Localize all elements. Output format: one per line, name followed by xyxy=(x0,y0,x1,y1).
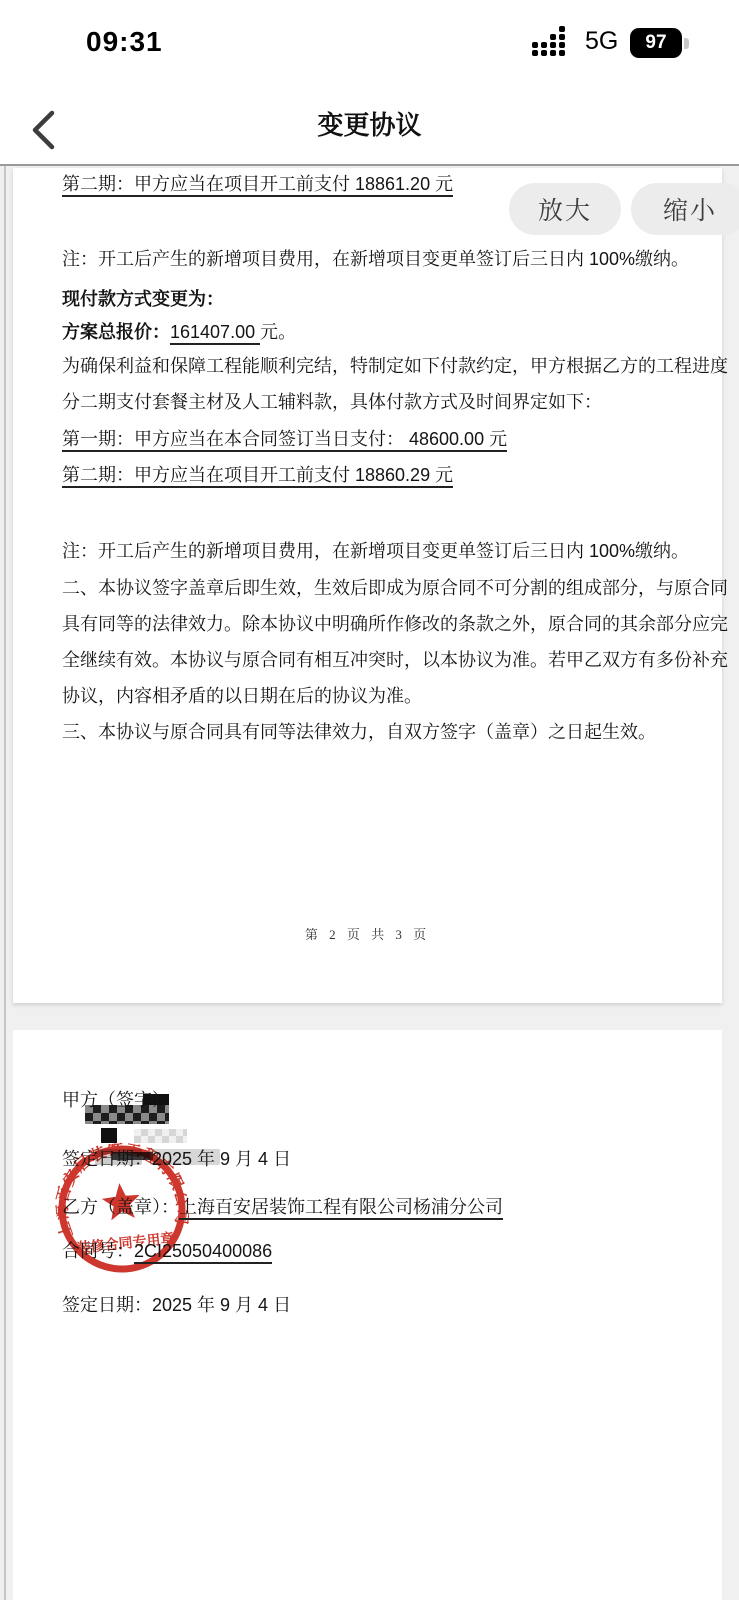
battery-percent: 97 xyxy=(645,32,666,54)
document-text-line: 注：开工后产生的新增项目费用，在新增项目变更单签订后三日内 100%缴纳。 xyxy=(62,247,702,271)
text-segment: 二、本协议签字盖章后即生效，生效后即成为原合同不可分割的组成部分，与原合同 xyxy=(62,578,728,598)
document-text-line: 合同号：2CI25050400086 xyxy=(62,1239,702,1263)
text-segment: 注：开工后产生的新增项目费用，在新增项目变更单签订后三日内 100%缴纳。 xyxy=(62,541,689,561)
document-text-line: 为确保利益和保障工程能顺利完结，特制定如下付款约定，甲方根据乙方的工程进度 xyxy=(62,354,702,378)
text-segment: 元。 xyxy=(260,322,296,342)
document-text-line: 第二期：甲方应当在项目开工前支付 18860.29 元 xyxy=(62,463,702,487)
document-page-3: 上海百安居装饰工程有限公司 装修合同专用章 甲方（签字）：签定日期：2025 年… xyxy=(13,1030,722,1600)
status-bar: 09:31 5G 97 xyxy=(0,0,739,95)
text-segment: 协议，内容相矛盾的以日期在后的协议为准。 xyxy=(62,686,422,706)
zoom-in-button[interactable]: 放大 xyxy=(509,183,621,235)
text-segment: 方案总报价： xyxy=(62,322,170,342)
document-text-line: 分二期支付套餐主材及人工辅料款，具体付款方式及时间界定如下： xyxy=(62,390,702,414)
page-title: 变更协议 xyxy=(0,105,739,142)
document-page-2: 第 2 页 共 3 页 第二期：甲方应当在项目开工前支付 18861.20 元注… xyxy=(13,168,722,1003)
text-segment: 签定日期：2025 年 9 月 4 日 xyxy=(62,1149,291,1169)
text-segment: 具有同等的法律效力。除本协议中明确所作修改的条款之外，原合同的其余部分应完 xyxy=(62,614,728,634)
text-segment: 乙方（盖章）： xyxy=(62,1197,179,1217)
document-text-line: 三、本协议与原合同具有同等法律效力，自双方签字（盖章）之日起生效。 xyxy=(62,720,702,744)
redaction-block-small xyxy=(101,1128,117,1143)
document-text-line: 方案总报价：161407.00 元。 xyxy=(62,320,702,344)
document-text-line: 现付款方式变更为： xyxy=(62,287,702,311)
text-segment: 合同号： xyxy=(62,1241,134,1261)
text-segment: 注：开工后产生的新增项目费用，在新增项目变更单签订后三日内 100%缴纳。 xyxy=(62,249,689,269)
document-text-line: 签定日期：2025 年 9 月 4 日 xyxy=(62,1293,702,1317)
document-text-line: 协议，内容相矛盾的以日期在后的协议为准。 xyxy=(62,684,702,708)
document-text-line: 乙方（盖章）：上海百安居装饰工程有限公司杨浦分公司 xyxy=(62,1195,702,1219)
signal-strength-icon xyxy=(532,31,576,56)
document-text-line: 二、本协议签字盖章后即生效，生效后即成为原合同不可分割的组成部分，与原合同 xyxy=(62,576,702,600)
viewer-left-edge xyxy=(4,166,6,1600)
text-segment: 全继续有效。本协议与原合同有相互冲突时，以本协议为准。若甲乙双方有多份补充 xyxy=(62,650,728,670)
text-segment: 2CI25050400086 xyxy=(134,1241,272,1264)
phone-screen: 09:31 5G 97 变更协议 第 2 页 共 3 页 第二期：甲方应当在项目… xyxy=(0,0,739,1600)
text-segment: 161407.00 xyxy=(170,322,260,345)
text-segment: 上海百安居装饰工程有限公司杨浦分公司 xyxy=(179,1197,503,1220)
document-text-line: 具有同等的法律效力。除本协议中明确所作修改的条款之外，原合同的其余部分应完 xyxy=(62,612,702,636)
text-segment: 甲方（签字）： xyxy=(62,1090,179,1110)
text-segment: 第一期：甲方应当在本合同签订当日支付： 48600.00 元 xyxy=(62,429,507,452)
battery-nub xyxy=(684,38,689,49)
document-text-line: 签定日期：2025 年 9 月 4 日 xyxy=(62,1147,702,1171)
redaction-block-light xyxy=(134,1129,187,1143)
zoom-out-button[interactable]: 缩小 xyxy=(631,183,739,235)
text-segment: 现付款方式变更为： xyxy=(62,289,224,309)
document-viewer[interactable]: 第 2 页 共 3 页 第二期：甲方应当在项目开工前支付 18861.20 元注… xyxy=(0,164,739,1600)
text-segment: 为确保利益和保障工程能顺利完结，特制定如下付款约定，甲方根据乙方的工程进度 xyxy=(62,356,728,376)
battery-icon: 97 xyxy=(630,28,682,58)
document-text-line: 第一期：甲方应当在本合同签订当日支付： 48600.00 元 xyxy=(62,427,702,451)
text-segment: 三、本协议与原合同具有同等法律效力，自双方签字（盖章）之日起生效。 xyxy=(62,722,656,742)
clock-time: 09:31 xyxy=(86,26,163,58)
text-segment: 签定日期：2025 年 9 月 4 日 xyxy=(62,1295,291,1315)
text-segment: 第二期：甲方应当在项目开工前支付 18860.29 元 xyxy=(62,465,453,488)
page-number: 第 2 页 共 3 页 xyxy=(13,924,722,943)
document-text-line: 注：开工后产生的新增项目费用，在新增项目变更单签订后三日内 100%缴纳。 xyxy=(62,539,702,563)
text-segment: 分二期支付套餐主材及人工辅料款，具体付款方式及时间界定如下： xyxy=(62,392,602,412)
text-segment: 第二期：甲方应当在项目开工前支付 18861.20 元 xyxy=(62,174,453,197)
network-type-label: 5G xyxy=(585,27,618,56)
document-text-line: 全继续有效。本协议与原合同有相互冲突时，以本协议为准。若甲乙双方有多份补充 xyxy=(62,648,702,672)
nav-bar: 变更协议 xyxy=(0,95,739,164)
document-text-line: 甲方（签字）： xyxy=(62,1088,702,1112)
